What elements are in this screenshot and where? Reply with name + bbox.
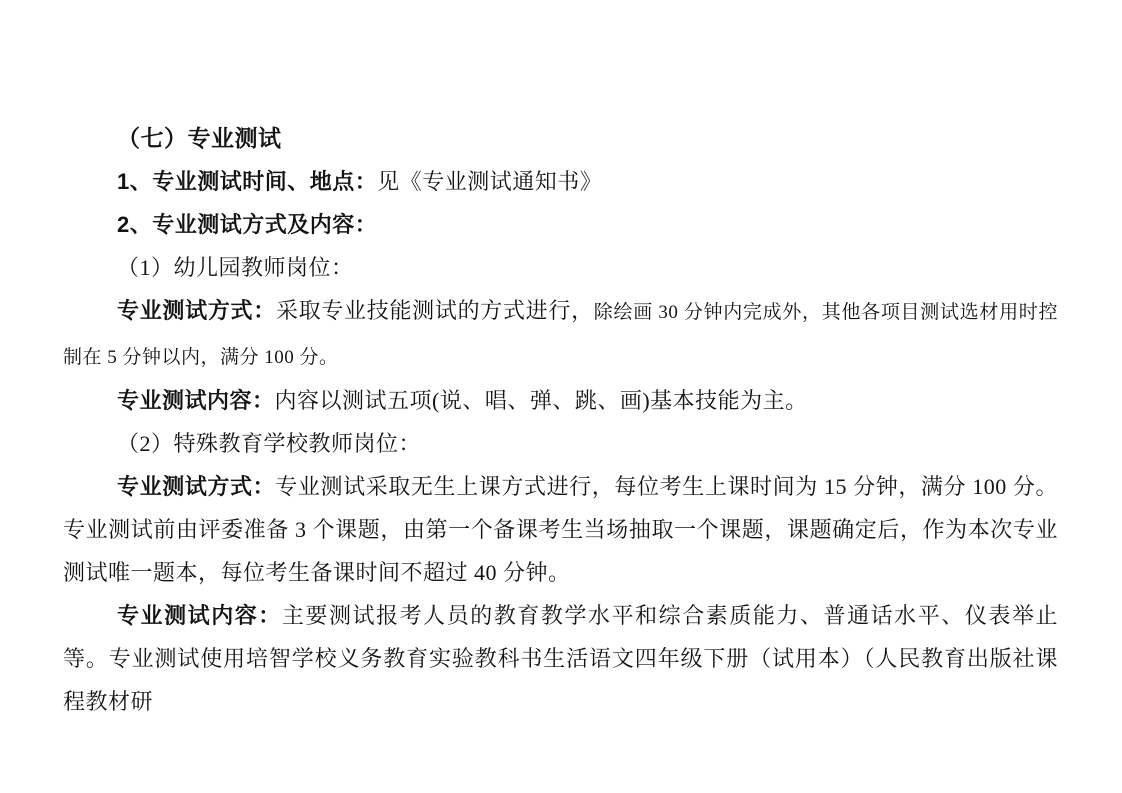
paragraph-test-method-1-label: 专业测试方式： bbox=[117, 298, 276, 323]
numbered-item-1-label: 1、专业测试时间、地点： bbox=[117, 169, 377, 194]
paragraph-test-method-1: 专业测试方式：采取专业技能测试的方式进行，除绘画 30 分钟内完成外，其他各项目… bbox=[63, 289, 1058, 379]
numbered-item-1-text: 见《专业测试通知书》 bbox=[377, 169, 602, 194]
sub-heading-kindergarten: （1）幼儿园教师岗位： bbox=[63, 246, 1058, 289]
document-page: （七）专业测试 1、专业测试时间、地点：见《专业测试通知书》 2、专业测试方式及… bbox=[0, 0, 1122, 793]
paragraph-test-content-1: 专业测试内容：内容以测试五项(说、唱、弹、跳、画)基本技能为主。 bbox=[63, 379, 1058, 422]
paragraph-test-method-2: 专业测试方式：专业测试采取无生上课方式进行，每位考生上课时间为 15 分钟，满分… bbox=[63, 465, 1058, 594]
text-block: （七）专业测试 1、专业测试时间、地点：见《专业测试通知书》 2、专业测试方式及… bbox=[63, 117, 1058, 723]
paragraph-test-content-2: 专业测试内容：主要测试报考人员的教育教学水平和综合素质能力、普通话水平、仪表举止… bbox=[63, 594, 1058, 723]
paragraph-test-content-2-label: 专业测试内容： bbox=[117, 603, 282, 628]
paragraph-test-method-1-text: 采取专业技能测试的方式进行， bbox=[276, 298, 594, 323]
numbered-item-2-label: 2、专业测试方式及内容： bbox=[117, 212, 377, 237]
paragraph-test-content-1-text: 内容以测试五项(说、唱、弹、跳、画)基本技能为主。 bbox=[275, 388, 808, 413]
section-heading: （七）专业测试 bbox=[63, 117, 1058, 160]
numbered-item-1: 1、专业测试时间、地点：见《专业测试通知书》 bbox=[63, 160, 1058, 203]
sub-heading-special-education: （2）特殊教育学校教师岗位： bbox=[63, 422, 1058, 465]
paragraph-test-method-2-label: 专业测试方式： bbox=[117, 474, 275, 499]
numbered-item-2: 2、专业测试方式及内容： bbox=[63, 203, 1058, 246]
paragraph-test-content-1-label: 专业测试内容： bbox=[117, 388, 275, 413]
